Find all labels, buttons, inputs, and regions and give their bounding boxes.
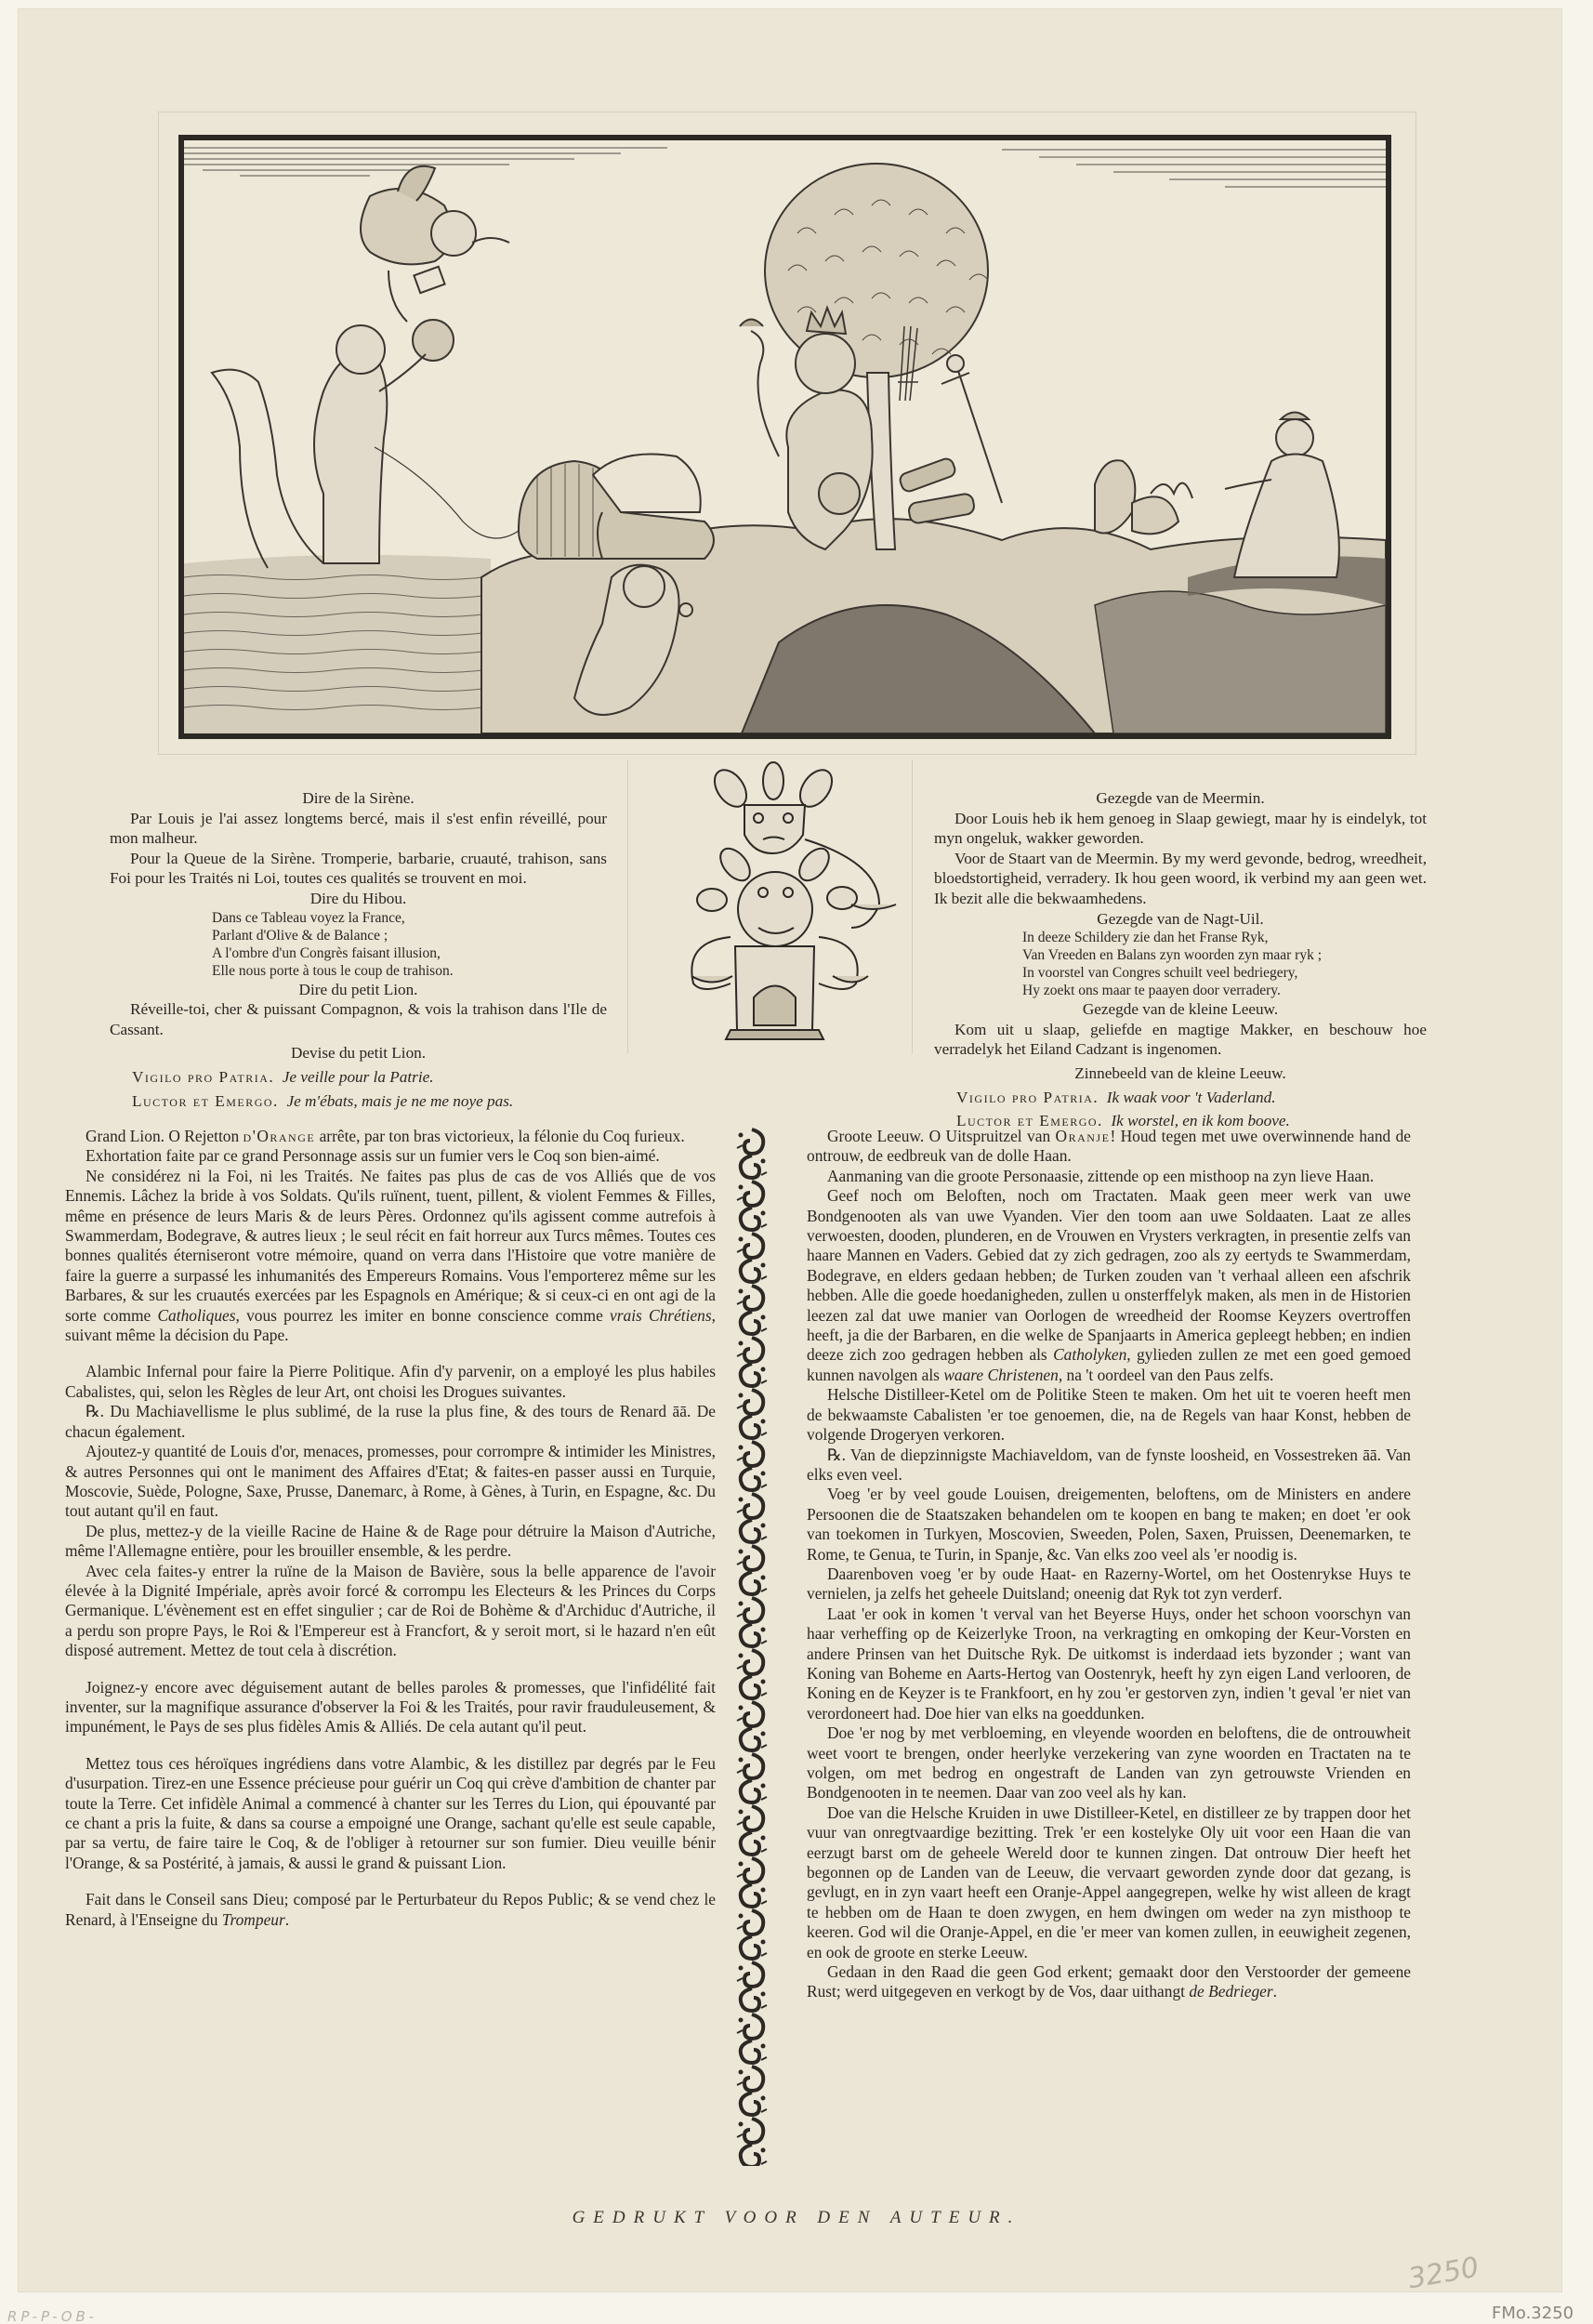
verse-line: Parlant d'Olive & de Balance ; xyxy=(110,927,607,944)
paragraph: ℞. Du Machiavellisme le plus sublimé, de… xyxy=(65,1402,716,1442)
paragraph: Voeg 'er by veel goude Louisen, dreigeme… xyxy=(807,1485,1411,1565)
caption-text: Réveille-toi, cher & puissant Compagnon,… xyxy=(110,999,607,1039)
dutch-captions: Gezegde van de Meermin. Door Louis heb i… xyxy=(934,788,1427,1131)
text-run: Fait dans le Conseil sans Dieu; composé … xyxy=(65,1890,716,1928)
paragraph: Aanmaning van die groote Personaasie, zi… xyxy=(807,1167,1411,1186)
paragraph: Joignez-y encore avec déguisement autant… xyxy=(65,1678,716,1737)
paragraph: Daarenboven voeg 'er by oude Haat- en Ra… xyxy=(807,1565,1411,1604)
paragraph: Geef noch om Beloften, noch om Tractaten… xyxy=(807,1186,1411,1385)
caption-text: Voor de Staart van de Meermin. By my wer… xyxy=(934,849,1427,909)
text-run: . xyxy=(1273,1982,1277,2000)
caption-title: Dire du Hibou. xyxy=(110,889,607,909)
caption-title: Dire de la Sirène. xyxy=(110,788,607,809)
paragraph: Ajoutez-y quantité de Louis d'or, menace… xyxy=(65,1442,716,1522)
text-run: Ne considérez ni la Foi, ni les Traités.… xyxy=(65,1167,716,1325)
paragraph: Gedaan in den Raad die geen God erkent; … xyxy=(807,1962,1411,2002)
paragraph: Groote Leeuw. O Uitspruitzel van Oranje!… xyxy=(807,1127,1411,1167)
orange-name: d'Orange xyxy=(244,1127,316,1145)
verse-line: In deeze Schildery zie dan het Franse Ry… xyxy=(934,929,1427,946)
text-run: , vous pourrez les imiter en bonne consc… xyxy=(236,1306,611,1325)
paragraph: Avec cela faites-y entrer la ruïne de la… xyxy=(65,1562,716,1661)
dutch-column: Groote Leeuw. O Uitspruitzel van Oranje!… xyxy=(807,1127,1411,2002)
inventory-mark-right: FMo.3250 xyxy=(1492,2304,1573,2323)
italic-term: Catholyken xyxy=(1053,1345,1126,1364)
text-run: Gedaan in den Raad die geen God erkent; … xyxy=(807,1962,1411,2000)
paragraph: ℞. Van de diepzinnigste Machiaveldom, va… xyxy=(807,1446,1411,1486)
paragraph: Doe 'er nog by met verbloeming, en vleye… xyxy=(807,1723,1411,1803)
sword xyxy=(941,355,1002,503)
verse-line: In voorstel van Congres schuilt veel bed… xyxy=(934,964,1427,982)
verse-line: Dans ce Tableau voyez la France, xyxy=(110,909,607,927)
motto-translation: Je veille pour la Patrie. xyxy=(283,1068,434,1086)
paragraph: Alambic Infernal pour faire la Pierre Po… xyxy=(65,1362,716,1402)
mermaid xyxy=(212,320,519,568)
italic-term: Catholiques xyxy=(157,1306,235,1325)
engraving-illustration xyxy=(178,135,1391,739)
seated-figure xyxy=(1225,413,1339,578)
caption-title: Devise du petit Lion. xyxy=(110,1043,607,1063)
motto-line: Vigilo pro Patria. Ik waak voor 't Vader… xyxy=(934,1088,1427,1108)
text-run: Groote Leeuw. O Uitspruitzel van xyxy=(827,1127,1056,1145)
cradle xyxy=(519,455,714,560)
verse-line: Hy zoekt ons maar te paayen door verrade… xyxy=(934,982,1427,999)
motto-latin: Vigilo pro Patria. xyxy=(956,1089,1099,1106)
orange-name: Oranje xyxy=(1056,1127,1111,1145)
paragraph: Mettez tous ces héroïques ingrédiens dan… xyxy=(65,1754,716,1873)
verse-line: Van Vreeden en Balans zyn woorden zyn ma… xyxy=(934,946,1427,964)
caption-title: Gezegde van de Nagt-Uil. xyxy=(934,909,1427,930)
paragraph: Grand Lion. O Rejetton d'Orange arrête, … xyxy=(65,1127,716,1146)
owl xyxy=(361,166,509,322)
french-column: Grand Lion. O Rejetton d'Orange arrête, … xyxy=(65,1127,716,1930)
imprint: GEDRUKT VOOR DEN AUTEUR. xyxy=(0,2208,1593,2228)
text-run: Grand Lion. O Rejetton xyxy=(86,1127,244,1145)
caption-text: Pour la Queue de la Sirène. Tromperie, b… xyxy=(110,849,607,889)
motto-translation: Ik waak voor 't Vaderland. xyxy=(1107,1089,1276,1106)
italic-term: vrais Chrétiens xyxy=(610,1306,712,1325)
cockerel xyxy=(1095,460,1192,534)
alembic-icon xyxy=(628,760,912,1053)
paragraph: Laat 'er ook in komen 't verval van het … xyxy=(807,1604,1411,1723)
motto-latin: Luctor et Emergo. xyxy=(132,1092,279,1110)
text-run: . xyxy=(285,1910,289,1929)
text-run: Geef noch om Beloften, noch om Tractaten… xyxy=(807,1186,1411,1364)
text-run: arrête, par ton bras victorieux, la félo… xyxy=(315,1127,684,1145)
italic-term: waare Christenen xyxy=(943,1366,1059,1384)
caption-text: Door Louis heb ik hem genoeg in Slaap ge… xyxy=(934,809,1427,849)
caption-title: Zinnebeeld van de kleine Leeuw. xyxy=(934,1063,1427,1084)
motto-line: Luctor et Emergo. Je m'ébats, mais je ne… xyxy=(110,1091,607,1112)
paragraph: Helsche Distilleer-Ketel om de Politike … xyxy=(807,1385,1411,1445)
engraving-scene xyxy=(184,140,1386,733)
water xyxy=(184,555,491,733)
motto-latin: Vigilo pro Patria. xyxy=(132,1068,274,1086)
caption-text: Kom uit u slaap, geliefde en magtige Mak… xyxy=(934,1020,1427,1060)
fleuron-border-icon xyxy=(733,1128,770,2166)
ornamental-divider xyxy=(733,1128,770,2166)
caption-title: Gezegde van de kleine Leeuw. xyxy=(934,999,1427,1020)
verse-line: A l'ombre d'un Congrès faisant illusion, xyxy=(110,944,607,962)
italic-term: Trompeur xyxy=(222,1910,285,1929)
paragraph: Doe van die Helsche Kruiden in uwe Disti… xyxy=(807,1803,1411,1962)
inventory-mark-left: RP-P-OB- xyxy=(7,2308,98,2324)
paragraph: Fait dans le Conseil sans Dieu; composé … xyxy=(65,1890,716,1930)
paragraph: Ne considérez ni la Foi, ni les Traités.… xyxy=(65,1167,716,1346)
paragraph: Exhortation faite par ce grand Personnag… xyxy=(65,1146,716,1166)
alembic-emblem xyxy=(627,760,913,1053)
caption-title: Gezegde van de Meermin. xyxy=(934,788,1427,809)
motto-translation: Je m'ébats, mais je ne me noye pas. xyxy=(286,1092,513,1110)
italic-term: de Bedrieger xyxy=(1189,1982,1272,2000)
french-captions: Dire de la Sirène. Par Louis je l'ai ass… xyxy=(110,788,607,1111)
caption-title: Dire du petit Lion. xyxy=(110,980,607,1000)
paragraph: De plus, mettez-y de la vieille Racine d… xyxy=(65,1522,716,1562)
text-run: , na 't oordeel van den Paus zelfs. xyxy=(1059,1366,1274,1384)
verse-line: Elle nous porte à tous le coup de trahis… xyxy=(110,962,607,980)
caption-text: Par Louis je l'ai assez longtems bercé, … xyxy=(110,809,607,849)
motto-line: Vigilo pro Patria. Je veille pour la Pat… xyxy=(110,1067,607,1088)
